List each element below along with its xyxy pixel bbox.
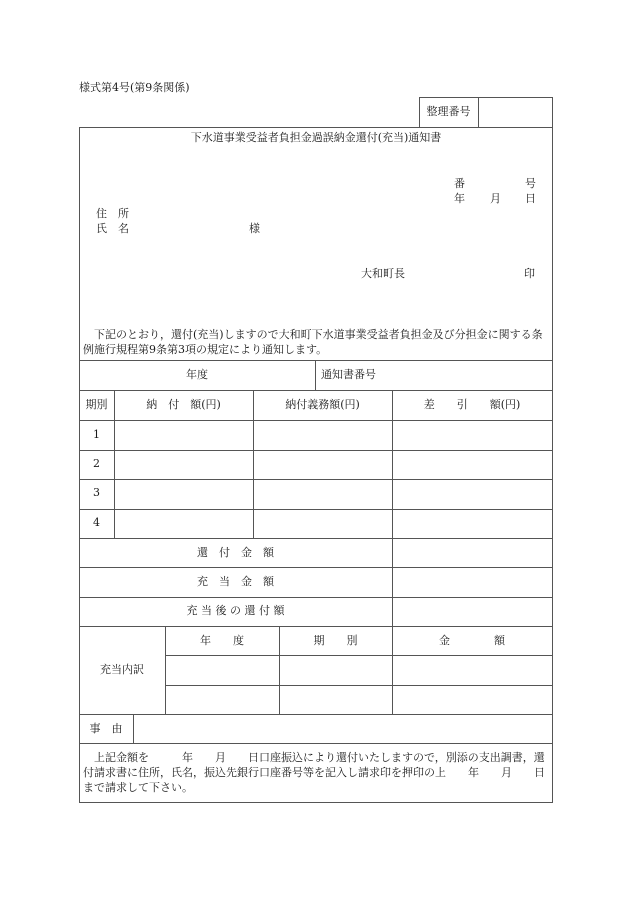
- header-period: 期別: [79, 398, 114, 412]
- header-obligation-amount: 納付義務額(円): [253, 398, 392, 412]
- allocation-label: 充当内訳: [79, 663, 165, 677]
- obligation-amount-cell[interactable]: [254, 510, 391, 537]
- fiscal-year-label: 年度: [79, 368, 315, 382]
- header-difference-amount: 差 引 額(円): [392, 398, 552, 412]
- honorific: 様: [249, 222, 260, 236]
- divider: [79, 390, 552, 391]
- allocation-header-amount: 金 額: [392, 634, 552, 648]
- divider: [79, 743, 552, 744]
- allocation-period-cell[interactable]: [280, 656, 391, 684]
- allocation-amount-cell[interactable]: [393, 656, 551, 684]
- allocation-header-year: 年 度: [165, 634, 279, 648]
- date-day: 日: [525, 192, 536, 206]
- document-title: 下水道事業受益者負担金過誤納金還付(充当)通知書: [79, 131, 553, 145]
- applied-amount-cell[interactable]: [393, 568, 551, 596]
- period-number: 1: [79, 428, 114, 442]
- date-year: 年: [454, 192, 465, 206]
- form-label: 様式第4号(第9条関係): [79, 81, 190, 95]
- obligation-amount-cell[interactable]: [254, 451, 391, 478]
- divider: [315, 360, 316, 390]
- reason-label: 事 由: [79, 722, 133, 736]
- allocation-period-cell[interactable]: [280, 686, 391, 713]
- difference-amount-cell[interactable]: [393, 510, 551, 537]
- allocation-year-cell[interactable]: [166, 686, 278, 713]
- difference-amount-cell[interactable]: [393, 480, 551, 508]
- seal-mark: 印: [524, 267, 535, 281]
- refund-amount-cell[interactable]: [393, 539, 551, 566]
- number-go: 号: [525, 177, 536, 191]
- number-ban: 番: [454, 177, 465, 191]
- reference-number-field[interactable]: [479, 98, 551, 126]
- date-month: 月: [490, 192, 501, 206]
- difference-amount-cell[interactable]: [393, 451, 551, 478]
- obligation-amount-cell[interactable]: [254, 480, 391, 508]
- allocation-amount-cell[interactable]: [393, 686, 551, 713]
- divider: [79, 626, 552, 627]
- refund-after-applied-cell[interactable]: [393, 598, 551, 625]
- issuer-name: 大和町長: [361, 267, 405, 281]
- intro-paragraph: 下記のとおり，還付(充当)しますので大和町下水道事業受益者負担金及び分担金に関す…: [83, 327, 549, 357]
- applied-amount-label: 充 当 金 額: [79, 575, 392, 589]
- paid-amount-cell[interactable]: [115, 480, 252, 508]
- notice-number-label: 通知書番号: [321, 368, 376, 382]
- header-paid-amount: 納 付 額(円): [114, 398, 253, 412]
- period-number: 2: [79, 457, 114, 471]
- obligation-amount-cell[interactable]: [254, 421, 391, 449]
- period-number: 3: [79, 486, 114, 500]
- difference-amount-cell[interactable]: [393, 421, 551, 449]
- paid-amount-cell[interactable]: [115, 510, 252, 537]
- allocation-year-cell[interactable]: [166, 656, 278, 684]
- footer-note: 上記金額を 年 月 日口座振込により還付いたしますので，別添の支出調書，還付請求…: [83, 750, 549, 795]
- allocation-header-period: 期 別: [279, 634, 392, 648]
- refund-amount-label: 還 付 金 額: [79, 546, 392, 560]
- period-number: 4: [79, 516, 114, 530]
- address-label: 住 所: [96, 207, 129, 221]
- refund-after-applied-label: 充 当 後 の 還 付 額: [79, 604, 392, 618]
- reference-number-label: 整理番号: [419, 105, 478, 119]
- reason-field[interactable]: [134, 715, 551, 742]
- paid-amount-cell[interactable]: [115, 451, 252, 478]
- name-label: 氏 名: [96, 222, 129, 236]
- paid-amount-cell[interactable]: [115, 421, 252, 449]
